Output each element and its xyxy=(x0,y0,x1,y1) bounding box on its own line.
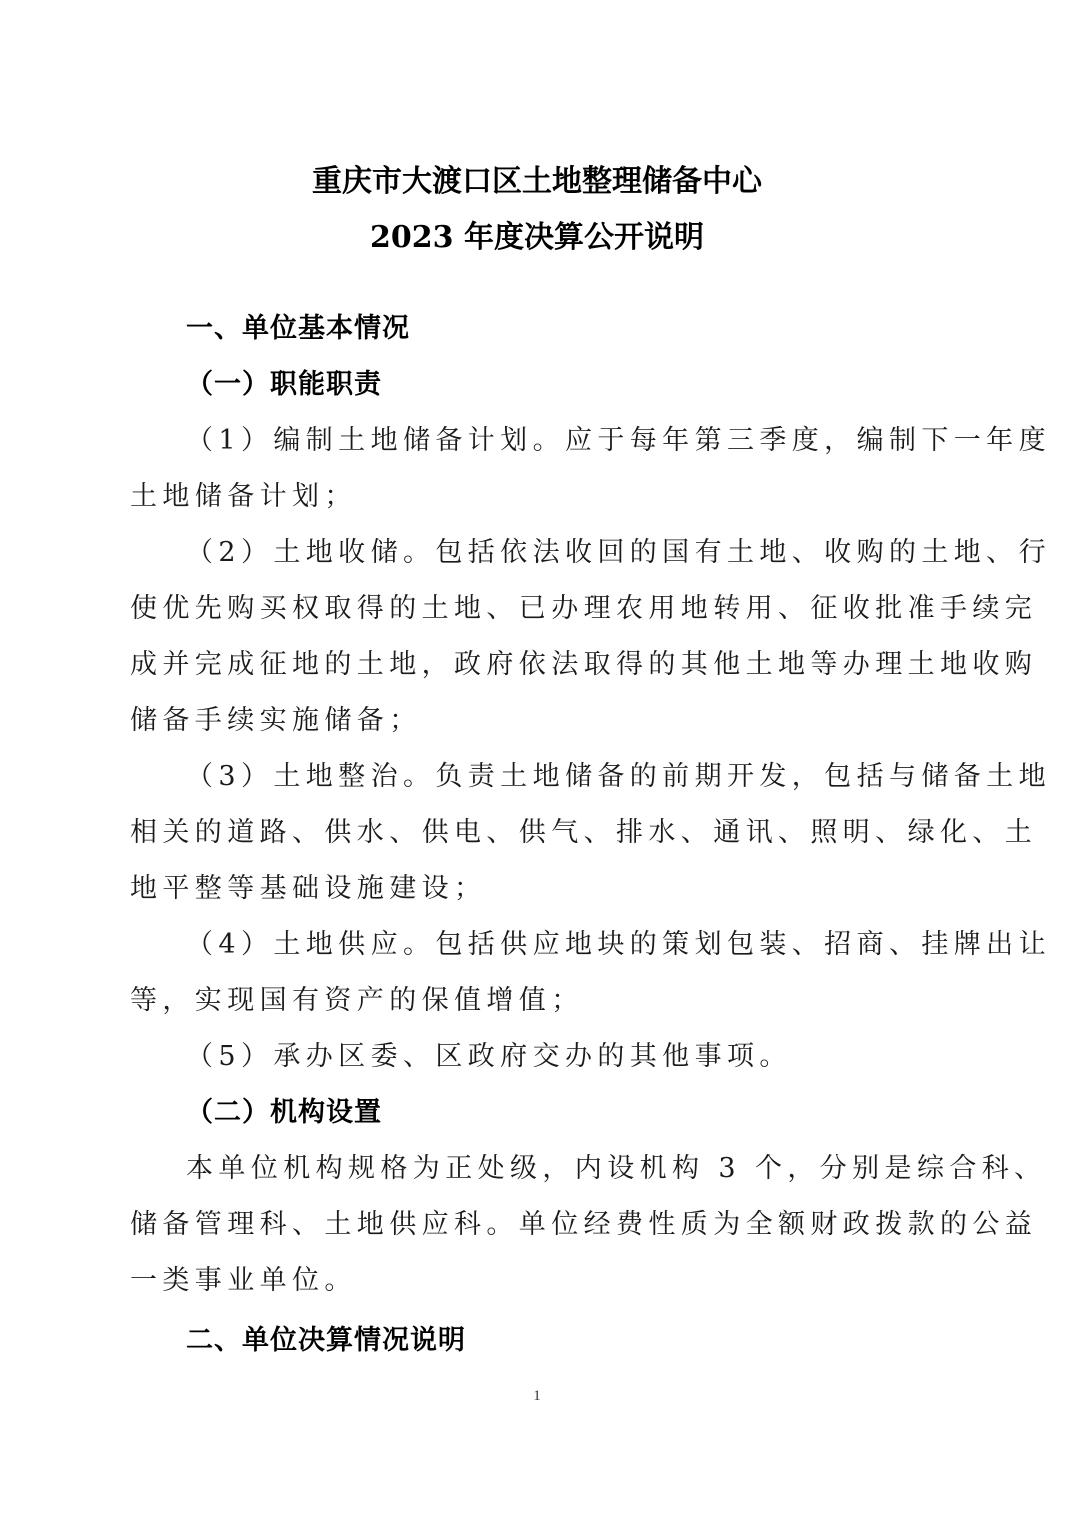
paragraph-line: （2）土地收储。包括依法收回的国有土地、收购的土地、行 xyxy=(186,530,1006,569)
paragraph-line: 土地储备计划； xyxy=(130,474,950,513)
paragraph-line: 地平整等基础设施建设； xyxy=(130,866,950,905)
subsection-heading-duties: （一）职能职责 xyxy=(186,362,382,401)
page-number: 1 xyxy=(0,1388,1074,1405)
document-title-line2: 2023 年度决算公开说明 xyxy=(0,212,1074,256)
paragraph-line: 相关的道路、供水、供电、供气、排水、通讯、照明、绿化、土 xyxy=(130,810,950,849)
paragraph-line: 成并完成征地的土地，政府依法取得的其他土地等办理土地收购 xyxy=(130,642,950,681)
document-page: 重庆市大渡口区土地整理储备中心 2023 年度决算公开说明 一、单位基本情况 （… xyxy=(0,0,1074,1520)
paragraph-line: 等，实现国有资产的保值增值； xyxy=(130,978,950,1017)
section-heading-basic-info: 一、单位基本情况 xyxy=(186,306,410,345)
paragraph-line: （5）承办区委、区政府交办的其他事项。 xyxy=(186,1034,1006,1073)
paragraph-line: （3）土地整治。负责土地储备的前期开发，包括与储备土地 xyxy=(186,754,1006,793)
paragraph-line: （1）编制土地储备计划。应于每年第三季度，编制下一年度 xyxy=(186,418,1006,457)
subsection-heading-organization: （二）机构设置 xyxy=(186,1090,382,1129)
section-heading-final-accounts: 二、单位决算情况说明 xyxy=(186,1318,466,1357)
paragraph-line: 储备手续实施储备； xyxy=(130,698,950,737)
paragraph-line: 本单位机构规格为正处级，内设机构 3 个，分别是综合科、 xyxy=(186,1146,1006,1185)
paragraph-line: 一类事业单位。 xyxy=(130,1258,950,1297)
paragraph-line: 储备管理科、土地供应科。单位经费性质为全额财政拨款的公益 xyxy=(130,1202,950,1241)
document-title-line1: 重庆市大渡口区土地整理储备中心 xyxy=(0,156,1074,200)
paragraph-line: （4）土地供应。包括供应地块的策划包装、招商、挂牌出让 xyxy=(186,922,1006,961)
paragraph-line: 使优先购买权取得的土地、已办理农用地转用、征收批准手续完 xyxy=(130,586,950,625)
